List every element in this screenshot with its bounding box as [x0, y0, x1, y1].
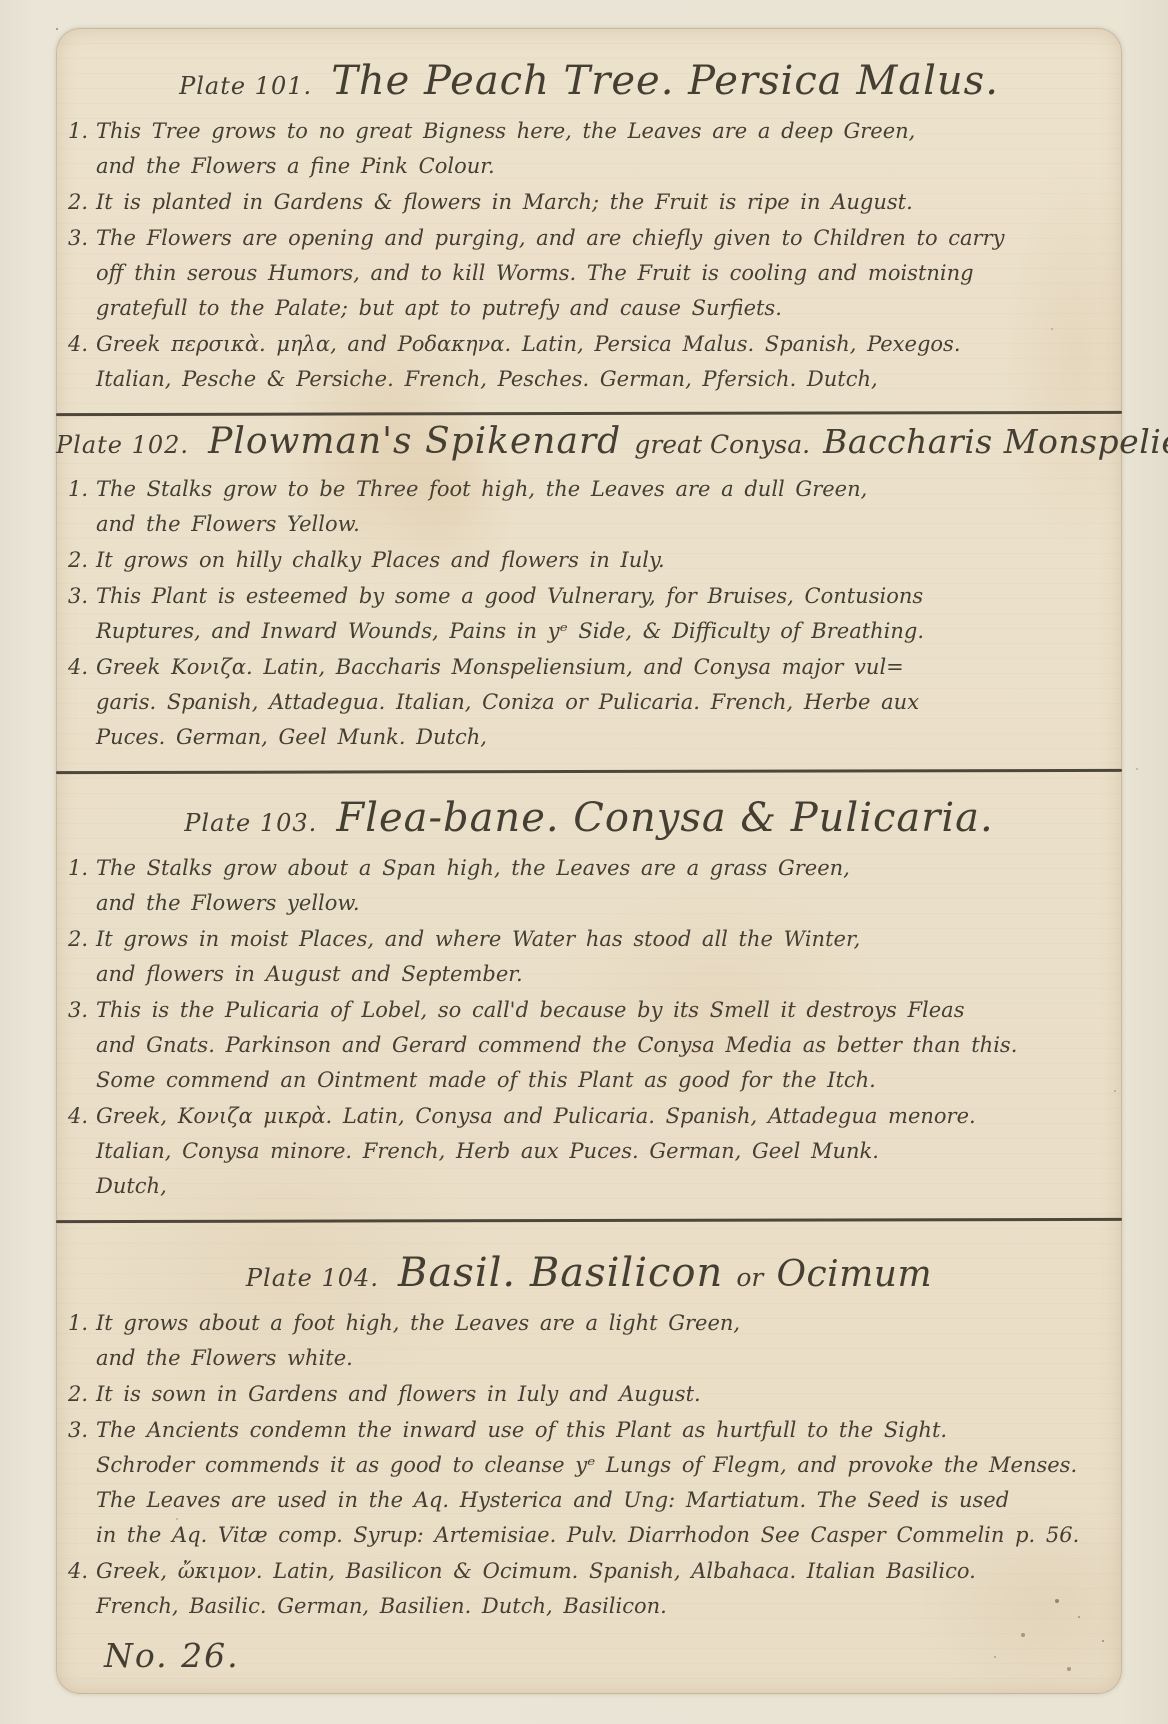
- plate-102-title-qualifier: great Conysa.: [634, 430, 810, 459]
- item-text: It grows about a foot high, the Leaves a…: [96, 1306, 1108, 1376]
- plate-101-title-row: Plate 101. The Peach Tree. Persica Malus…: [56, 58, 1122, 104]
- plate-104-title-qualifier: or: [736, 1263, 763, 1292]
- item-text: It is planted in Gardens & flowers in Ma…: [96, 185, 1108, 220]
- plate-103-title: Flea-bane. Conysa & Pulicaria.: [336, 795, 993, 841]
- item-line: and the Flowers a fine Pink Colour.: [96, 149, 1108, 184]
- item-line: off thin serous Humors, and to kill Worm…: [96, 256, 1108, 291]
- item-line: It grows on hilly chalky Places and flow…: [96, 543, 1108, 578]
- item-line: The Ancients condemn the inward use of t…: [96, 1413, 1108, 1448]
- item-text: Greek περσικὰ. μηλα, and Ροδακηνα. Latin…: [96, 327, 1108, 397]
- item-text: Greek Κονιζα. Latin, Baccharis Monspelie…: [96, 650, 1108, 755]
- item-line: Greek, Κονιζα μικρὰ. Latin, Conysa and P…: [96, 1099, 1108, 1134]
- plate-101-item-2: 2. It is planted in Gardens & flowers in…: [56, 185, 1122, 220]
- item-text: Greek, Κονιζα μικρὰ. Latin, Conysa and P…: [96, 1099, 1108, 1204]
- plate-102-section: Plate 102. Plowman's Spikenard great Con…: [56, 421, 1122, 755]
- item-number: 2.: [68, 185, 96, 220]
- plate-104-title-row: Plate 104. Basil. Basilicon or Ocimum: [56, 1250, 1122, 1296]
- item-text: The Stalks grow to be Three foot high, t…: [96, 472, 1108, 542]
- engraved-plate-area: Plate 101. The Peach Tree. Persica Malus…: [56, 28, 1122, 1694]
- plate-101-item-4: 4. Greek περσικὰ. μηλα, and Ροδακηνα. La…: [56, 327, 1122, 397]
- scanned-page: Plate 101. The Peach Tree. Persica Malus…: [0, 0, 1168, 1724]
- item-text: The Flowers are opening and purging, and…: [96, 221, 1108, 326]
- item-line: gratefull to the Palate; but apt to putr…: [96, 291, 1108, 326]
- item-number: 3.: [68, 579, 96, 649]
- item-line: The Flowers are opening and purging, and…: [96, 221, 1108, 256]
- item-number: 4.: [68, 1554, 96, 1624]
- section-divider-1: [56, 411, 1122, 416]
- plate-102-item-1: 1. The Stalks grow to be Three foot high…: [56, 472, 1122, 542]
- section-divider-3: [56, 1218, 1122, 1223]
- item-number: 1.: [68, 472, 96, 542]
- item-text: The Stalks grow about a Span high, the L…: [96, 851, 1108, 921]
- item-number: 1.: [68, 114, 96, 184]
- item-line: Ruptures, and Inward Wounds, Pains in yᵉ…: [96, 614, 1108, 649]
- item-text: It is sown in Gardens and flowers in Iul…: [96, 1377, 1108, 1412]
- item-line: It is planted in Gardens & flowers in Ma…: [96, 185, 1108, 220]
- plate-104-title: Basil. Basilicon: [398, 1250, 723, 1296]
- item-line: and the Flowers white.: [96, 1341, 1108, 1376]
- item-number: 4.: [68, 650, 96, 755]
- plate-102-number-label: Plate 102.: [56, 431, 189, 459]
- item-line: and Gnats. Parkinson and Gerard commend …: [96, 1028, 1108, 1063]
- plate-101-section: Plate 101. The Peach Tree. Persica Malus…: [56, 58, 1122, 397]
- item-number: 3.: [68, 993, 96, 1098]
- item-line: in the Aq. Vitæ comp. Syrup: Artemisiae.…: [96, 1518, 1108, 1553]
- item-line: It is sown in Gardens and flowers in Iul…: [96, 1377, 1108, 1412]
- item-line: This is the Pulicaria of Lobel, so call'…: [96, 993, 1108, 1028]
- plate-104-item-4: 4. Greek, ὤκιμον. Latin, Basilicon & Oci…: [56, 1554, 1122, 1624]
- item-text: This Plant is esteemed by some a good Vu…: [96, 579, 1108, 649]
- item-number: 2.: [68, 1377, 96, 1412]
- plate-104-number-label: Plate 104.: [246, 1264, 379, 1292]
- item-number: 3.: [68, 1413, 96, 1553]
- paper-specks: [56, 28, 58, 30]
- item-line: The Leaves are used in the Aq. Hysterica…: [96, 1483, 1108, 1518]
- plate-101-number-label: Plate 101.: [179, 72, 312, 100]
- plate-102-title-row: Plate 102. Plowman's Spikenard great Con…: [56, 421, 1122, 462]
- section-divider-2: [56, 769, 1122, 774]
- item-text: The Ancients condemn the inward use of t…: [96, 1413, 1108, 1553]
- item-number: 2.: [68, 543, 96, 578]
- item-text: This Tree grows to no great Bigness here…: [96, 114, 1108, 184]
- item-text: It grows in moist Places, and where Wate…: [96, 922, 1108, 992]
- plate-102-item-3: 3. This Plant is esteemed by some a good…: [56, 579, 1122, 649]
- plate-104-item-3: 3. The Ancients condemn the inward use o…: [56, 1413, 1122, 1553]
- plate-103-item-2: 2. It grows in moist Places, and where W…: [56, 922, 1122, 992]
- item-line: Dutch,: [96, 1169, 1108, 1204]
- item-number: 3.: [68, 221, 96, 326]
- item-line: This Plant is esteemed by some a good Vu…: [96, 579, 1108, 614]
- item-number: 4.: [68, 327, 96, 397]
- item-line: Italian, Conysa minore. French, Herb aux…: [96, 1134, 1108, 1169]
- item-line: Schroder commends it as good to cleanse …: [96, 1448, 1108, 1483]
- item-line: Greek, ὤκιμον. Latin, Basilicon & Ocimum…: [96, 1554, 1108, 1589]
- footer-number-text: No. 26.: [104, 1636, 240, 1675]
- item-line: French, Basilic. German, Basilien. Dutch…: [96, 1589, 1108, 1624]
- item-line: This Tree grows to no great Bigness here…: [96, 114, 1108, 149]
- item-line: Some commend an Ointment made of this Pl…: [96, 1063, 1108, 1098]
- item-number: 2.: [68, 922, 96, 992]
- plate-102-title-latin: Baccharis Monspeliensium.: [823, 422, 1168, 461]
- item-text: This is the Pulicaria of Lobel, so call'…: [96, 993, 1108, 1098]
- plate-102-item-4: 4. Greek Κονιζα. Latin, Baccharis Monspe…: [56, 650, 1122, 755]
- item-line: Puces. German, Geel Munk. Dutch,: [96, 720, 1108, 755]
- plate-103-item-1: 1. The Stalks grow about a Span high, th…: [56, 851, 1122, 921]
- item-number: 1.: [68, 1306, 96, 1376]
- plate-102-title: Plowman's Spikenard: [208, 421, 621, 462]
- plate-103-item-3: 3. This is the Pulicaria of Lobel, so ca…: [56, 993, 1122, 1098]
- plate-104-item-1: 1. It grows about a foot high, the Leave…: [56, 1306, 1122, 1376]
- plate-101-title: The Peach Tree. Persica Malus.: [331, 58, 999, 104]
- plate-103-section: Plate 103. Flea-bane. Conysa & Pulicaria…: [56, 795, 1122, 1204]
- plate-101-item-3: 3. The Flowers are opening and purging, …: [56, 221, 1122, 326]
- item-line: and the Flowers Yellow.: [96, 507, 1108, 542]
- plate-104-section: Plate 104. Basil. Basilicon or Ocimum 1.…: [56, 1250, 1122, 1624]
- item-text: It grows on hilly chalky Places and flow…: [96, 543, 1108, 578]
- item-line: It grows in moist Places, and where Wate…: [96, 922, 1108, 957]
- plate-102-item-2: 2. It grows on hilly chalky Places and f…: [56, 543, 1122, 578]
- item-line: and the Flowers yellow.: [96, 886, 1108, 921]
- item-line: The Stalks grow about a Span high, the L…: [96, 851, 1108, 886]
- item-line: It grows about a foot high, the Leaves a…: [96, 1306, 1108, 1341]
- item-text: Greek, ὤκιμον. Latin, Basilicon & Ocimum…: [96, 1554, 1108, 1624]
- item-line: Greek περσικὰ. μηλα, and Ροδακηνα. Latin…: [96, 327, 1108, 362]
- item-line: Italian, Pesche & Persiche. French, Pesc…: [96, 362, 1108, 397]
- item-number: 1.: [68, 851, 96, 921]
- plate-104-title-latin: Ocimum: [776, 1254, 932, 1295]
- item-number: 4.: [68, 1099, 96, 1204]
- item-line: garis. Spanish, Attadegua. Italian, Coni…: [96, 685, 1108, 720]
- plate-number-footer: No. 26.: [56, 1636, 1122, 1675]
- item-line: Greek Κονιζα. Latin, Baccharis Monspelie…: [96, 650, 1108, 685]
- item-line: The Stalks grow to be Three foot high, t…: [96, 472, 1108, 507]
- item-line: and flowers in August and September.: [96, 957, 1108, 992]
- plate-103-number-label: Plate 103.: [184, 809, 317, 837]
- plate-104-item-2: 2. It is sown in Gardens and flowers in …: [56, 1377, 1122, 1412]
- plate-103-item-4: 4. Greek, Κονιζα μικρὰ. Latin, Conysa an…: [56, 1099, 1122, 1204]
- plate-103-title-row: Plate 103. Flea-bane. Conysa & Pulicaria…: [56, 795, 1122, 841]
- plate-101-item-1: 1. This Tree grows to no great Bigness h…: [56, 114, 1122, 184]
